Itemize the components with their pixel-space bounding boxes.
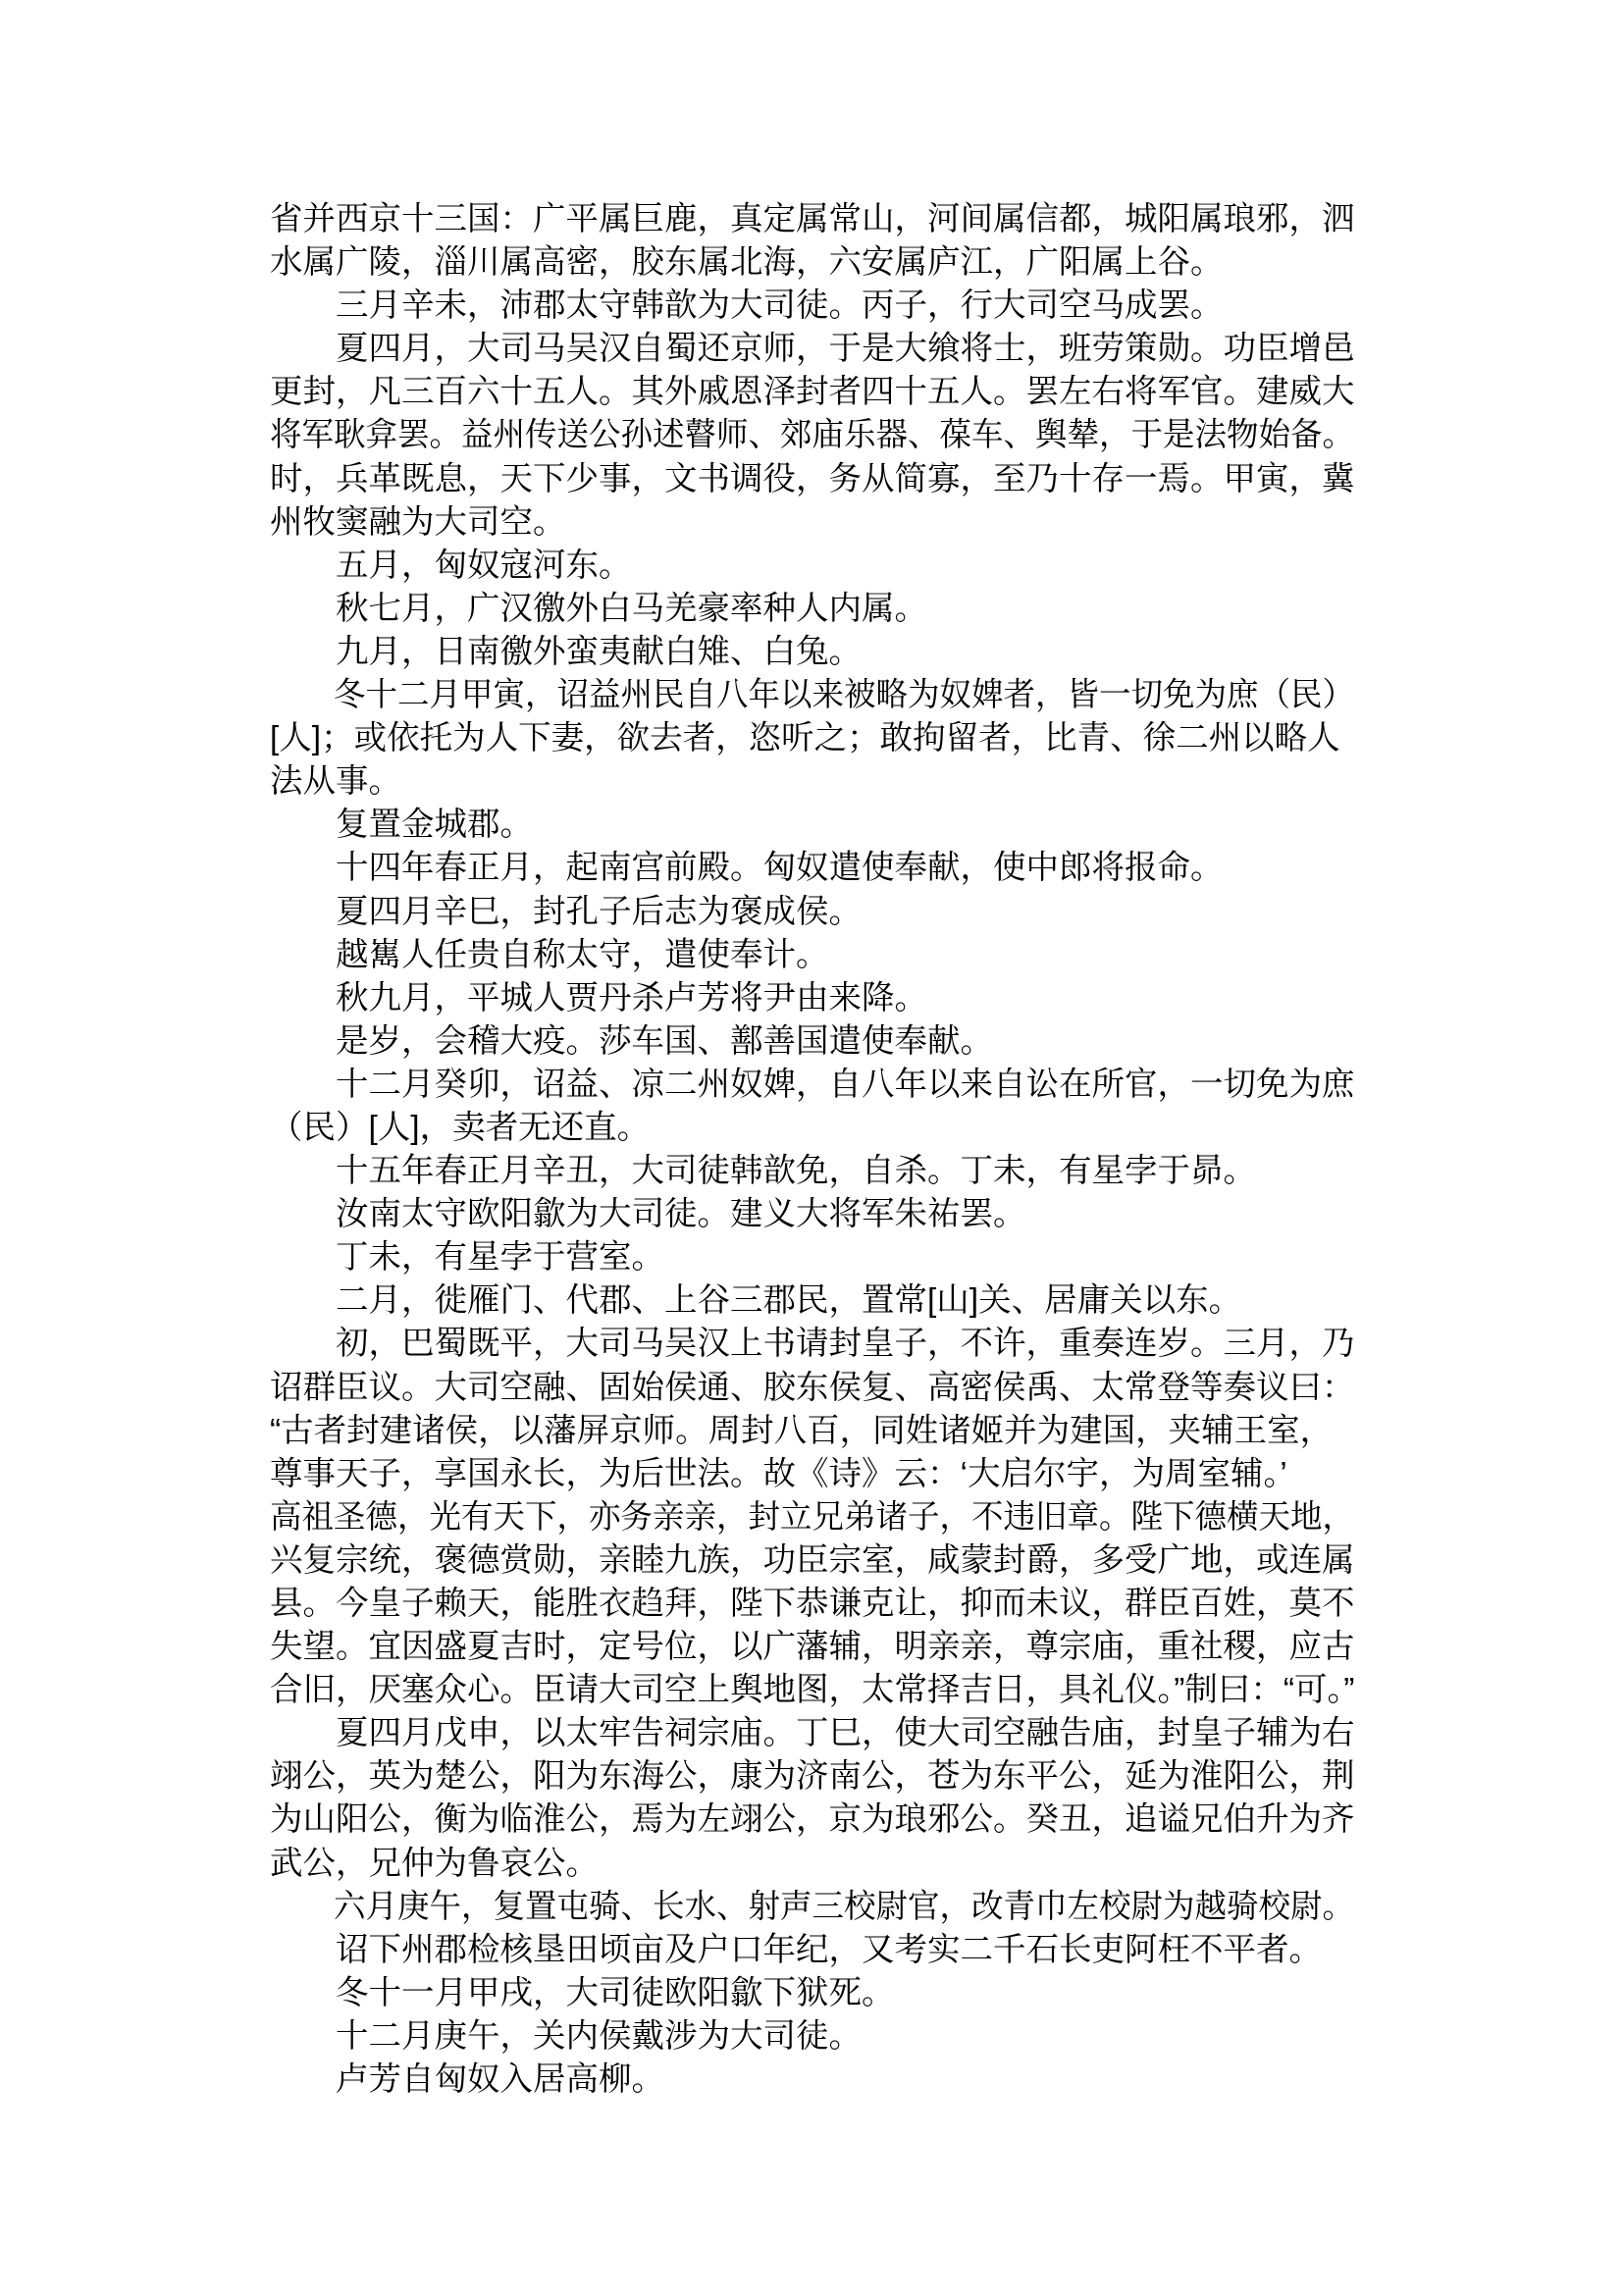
text-line: 高祖圣德，光有天下，亦务亲亲，封立兄弟诸子，不违旧章。陛下德横天地，	[270, 1496, 1322, 1539]
text-line: 武公，兄仲为鲁哀公。	[270, 1843, 1354, 1886]
text-line: 法从事。	[270, 760, 1354, 804]
text-line: 丁未，有星孛于营室。	[270, 1236, 1354, 1279]
text-line: 复置金城郡。	[270, 804, 1354, 847]
text-line: 翊公，英为楚公，阳为东海公，康为济南公，苍为东平公，延为淮阳公，荆	[270, 1755, 1354, 1799]
text-line: 三月辛未，沛郡太守韩歆为大司徒。丙子，行大司空马成罢。	[270, 285, 1354, 328]
text-line: 冬十二月甲寅，诏益州民自八年以来被略为奴婢者，皆一切免为庶（民）	[270, 674, 1322, 717]
text-line: 尊事天子，享国永长，为后世法。故《诗》云：‘大启尔宇，为周室辅。’	[270, 1453, 1354, 1496]
text-line: “古者封建诸侯，以藩屏京师。周封八百，同姓诸姬并为建国，夹辅王室，	[270, 1410, 1354, 1453]
text-line: 诏群臣议。大司空融、固始侯通、胶东侯复、高密侯禹、太常登等奏议曰：	[270, 1367, 1354, 1410]
text-line: 将军耿弇罢。益州传送公孙述瞽师、郊庙乐器、葆车、舆辇，于是法物始备。	[270, 414, 1322, 457]
text-line: 九月，日南徼外蛮夷献白雉、白兔。	[270, 631, 1354, 674]
document-text: 省并西京十三国：广平属巨鹿，真定属常山，河间属信都，城阳属琅邪，泗水属广陵，淄川…	[270, 198, 1354, 2102]
text-line: 更封，凡三百六十五人。其外戚恩泽封者四十五人。罢左右将军官。建威大	[270, 371, 1354, 414]
text-line: 十二月庚午，关内侯戴涉为大司徒。	[270, 2015, 1354, 2059]
text-line: 是岁，会稽大疫。莎车国、鄯善国遣使奉献。	[270, 1020, 1354, 1064]
text-line: 水属广陵，淄川属高密，胶东属北海，六安属庐江，广阳属上谷。	[270, 241, 1354, 285]
text-line: 冬十一月甲戌，大司徒欧阳歙下狱死。	[270, 1972, 1354, 2015]
text-line: 诏下州郡检核垦田顷亩及户口年纪，又考实二千石长吏阿枉不平者。	[270, 1929, 1354, 1972]
text-line: 省并西京十三国：广平属巨鹿，真定属常山，河间属信都，城阳属琅邪，泗	[270, 198, 1354, 241]
text-line: 秋七月，广汉徼外白马羌豪率种人内属。	[270, 588, 1354, 631]
text-line: 六月庚午，复置屯骑、长水、射声三校尉官，改青巾左校尉为越骑校尉。	[270, 1886, 1322, 1929]
text-line: 二月，徙雁门、代郡、上谷三郡民，置常[山]关、居庸关以东。	[270, 1279, 1354, 1323]
text-line: 十二月癸卯，诏益、凉二州奴婢，自八年以来自讼在所官，一切免为庶	[270, 1064, 1354, 1107]
text-line: 州牧窦融为大司空。	[270, 501, 1354, 545]
text-line: 十四年春正月，起南宫前殿。匈奴遣使奉献，使中郎将报命。	[270, 847, 1354, 890]
text-line: 为山阳公，衡为临淮公，焉为左翊公，京为琅邪公。癸丑，追谥兄伯升为齐	[270, 1799, 1354, 1842]
text-line: 夏四月，大司马吴汉自蜀还京师，于是大飨将士，班劳策勋。功臣增邑	[270, 328, 1354, 371]
document-page: 省并西京十三国：广平属巨鹿，真定属常山，河间属信都，城阳属琅邪，泗水属广陵，淄川…	[0, 0, 1624, 2294]
text-line: 夏四月辛巳，封孔子后志为褒成侯。	[270, 891, 1354, 934]
text-line: 秋九月，平城人贾丹杀卢芳将尹由来降。	[270, 977, 1354, 1020]
text-line: 夏四月戊申，以太牢告祠宗庙。丁巳，使大司空融告庙，封皇子辅为右	[270, 1712, 1354, 1755]
text-line: 兴复宗统，褒德赏勋，亲睦九族，功臣宗室，咸蒙封爵，多受广地，或连属	[270, 1539, 1354, 1583]
text-line: 越嶲人任贵自称太守，遣使奉计。	[270, 934, 1354, 977]
text-line: 初，巴蜀既平，大司马吴汉上书请封皇子，不许，重奏连岁。三月，乃	[270, 1323, 1354, 1366]
text-line: 五月，匈奴寇河东。	[270, 545, 1354, 588]
text-line: 汝南太守欧阳歙为大司徒。建义大将军朱祐罢。	[270, 1193, 1354, 1236]
text-line: 卢芳自匈奴入居高柳。	[270, 2059, 1354, 2102]
text-line: 合旧，厌塞众心。臣请大司空上舆地图，太常择吉日，具礼仪。”制曰：“可。”	[270, 1669, 1354, 1712]
text-line: [人]；或依托为人下妻，欲去者，恣听之；敢拘留者，比青、徐二州以略人	[270, 717, 1354, 760]
text-line: 县。今皇子赖天，能胜衣趋拜，陛下恭谦克让，抑而未议，群臣百姓，莫不	[270, 1583, 1354, 1626]
text-line: 时，兵革既息，天下少事，文书调役，务从简寡，至乃十存一焉。甲寅，冀	[270, 458, 1354, 501]
text-line: 十五年春正月辛丑，大司徒韩歆免，自杀。丁未，有星孛于昴。	[270, 1150, 1354, 1193]
text-line: 失望。宜因盛夏吉时，定号位，以广藩辅，明亲亲，尊宗庙，重社稷，应古	[270, 1626, 1354, 1669]
text-line: （民）[人]，卖者无还直。	[270, 1107, 1354, 1150]
